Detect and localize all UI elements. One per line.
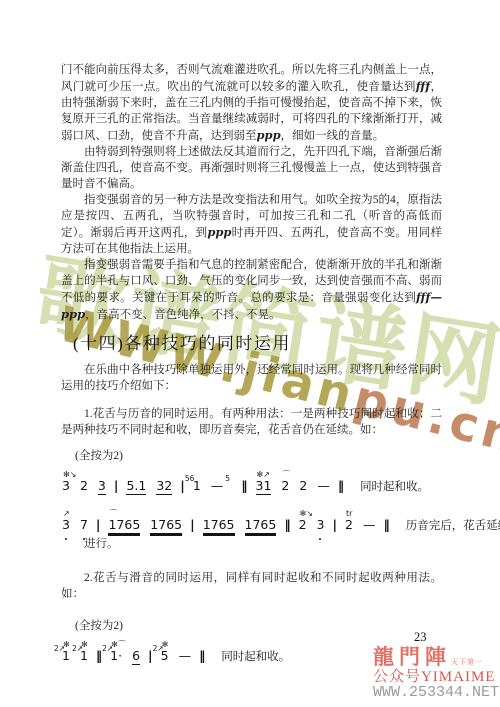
music-notes: 3↗7|1765⌒1765|17651765‖2✻↘3|2tr—‖ [57,517,393,532]
music-caption: 同时起和收。 [221,651,290,663]
stamp-title-text: 龍門陣 [373,645,451,669]
music-caption: 历音完后，花舌延续 [406,520,500,532]
stamp-account: 公众号YIMAIME [373,669,499,685]
page-number: 23 [414,630,427,645]
paragraph-5: 在乐曲中各种技巧除单独运用外，还经常同时运用。现将几种经常同时运用的技巧介绍如下… [61,362,442,394]
publisher-stamp: 龍門陣天下第一 公众号YIMAIME WWW.253344.NET [373,646,499,701]
paragraph-1-text-a: 门不能向前压得太多，否则气流难灌进吹孔。所以先将三孔内侧盖上一点，风门就可少压一… [61,64,442,93]
text-column: 门不能向前压得太多，否则气流难灌进吹孔。所以先将三孔内侧盖上一点，风门就可少压一… [61,62,442,667]
paragraph-4-text-b: ，音高不变、音色纯净，不抖、不晃。 [85,309,281,321]
paragraph-2: 由特弱到特强则将上述做法反其道而行之，先开四孔下端，音渐强后渐渐盖住四孔，使音高… [61,144,442,192]
music-caption: 同时起和收。 [360,481,429,493]
stamp-subtitle-text: 天下第一 [451,658,483,666]
paragraph-6: 1.花舌与历音的同时运用。有两种用法：一是两种技巧同时起和收；二是两种技巧不同时… [61,406,442,438]
music-line-1: 3✻↘23|5.132|561—5‖31✻↗2⌒2—‖ 同时起和收。 [57,478,442,495]
paragraph-7: 2.花舌与滑音的同时运用，同样有同时起收和不同时起收两种用法。如： [61,570,442,602]
music-notes: 2↗1✻2↗1✻‖2↗1·✻⌒6|2↗5✻—‖ [57,648,208,663]
paragraph-4: 指变强弱音需要手指和气息的控制紧密配合，使渐渐开放的半孔和渐渐盖上的半孔与口风、… [61,257,442,323]
music-line-2: 3↗7|1765⌒1765|17651765‖2✻↘3|2tr—‖ 历音完后，花… [57,517,442,534]
dynamic-fff: fff [416,79,430,93]
continuation-line: 进行。 [61,536,442,552]
scanned-page: 歌谱简谱网 WWW.jianpu.cn 门不能向前压得太多，否则气流难灌进吹孔。… [0,0,500,707]
paragraph-4-text-a: 指变强弱音需要手指和气息的控制紧密配合，使渐渐开放的半孔和渐渐盖上的半孔与口风、… [61,259,442,304]
section-heading: (十四)各种技巧的同时运用 [73,336,442,352]
key-signature-2: (全按为2) [75,618,442,634]
key-signature-1: (全按为2) [75,448,442,464]
music-notes: 3✻↘23|5.132|561—5‖31✻↗2⌒2—‖ [57,478,347,493]
dynamic-ppp: ppp [207,225,231,239]
dynamic-ppp: ppp [257,128,281,142]
paragraph-1: 门不能向前压得太多，否则气流难灌进吹孔。所以先将三孔内侧盖上一点，风门就可少压一… [61,62,442,144]
stamp-url: WWW.253344.NET [373,685,499,701]
paragraph-3: 指变强弱音的另一种方法是改变指法和用气。如吹全按为5的4，原指法应是按四、五两孔… [61,192,442,257]
paragraph-1-text-c: ，细如一线的音量。 [281,130,385,142]
stamp-title: 龍門陣天下第一 [373,646,499,669]
